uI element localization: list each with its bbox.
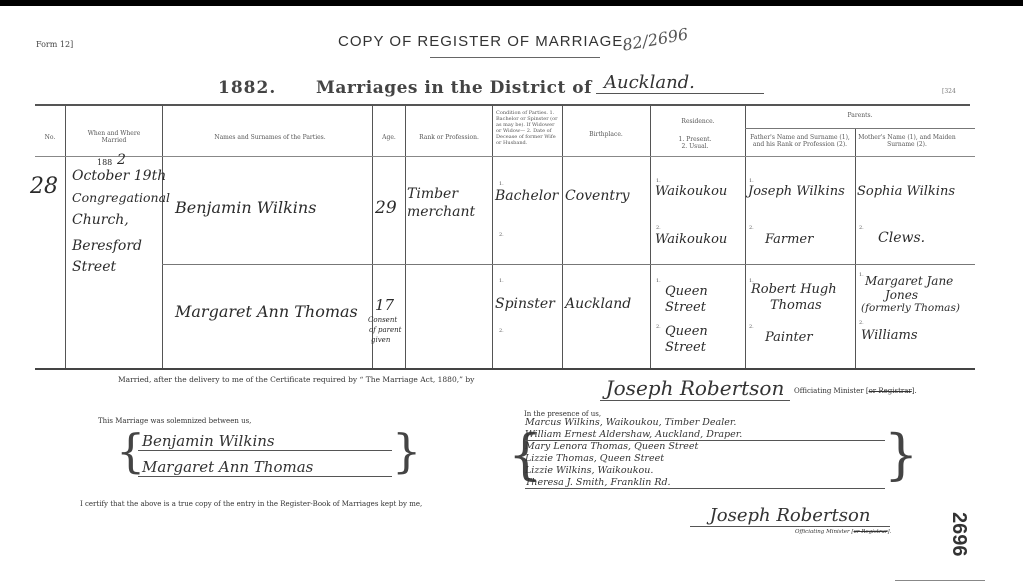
field-marker: 1.: [499, 181, 504, 187]
groom-condition: Bachelor: [495, 188, 558, 204]
district-label: Marriages in the District of: [316, 78, 592, 98]
witness-line: William Ernest Aldershaw, Auckland, Drap…: [525, 430, 885, 441]
groom-birthplace: Coventry: [565, 188, 630, 204]
groom-rank-line: merchant: [407, 204, 475, 220]
col-divider: [492, 106, 493, 370]
header-mother: Mother's Name (1), and Maiden Surname (2…: [857, 134, 957, 148]
marriage-date: October 19th: [72, 168, 166, 184]
parents-subheader-rule: [745, 128, 975, 129]
col-divider: [162, 106, 163, 370]
header-father: Father's Name and Surname (1), and his R…: [747, 134, 853, 148]
stamp-number: 2696: [947, 512, 970, 557]
header-parents: Parents.: [745, 112, 975, 119]
groom-mother-name: Sophia Wilkins: [857, 184, 955, 199]
certifier-title-struck: or Registrar: [854, 529, 888, 535]
field-marker: 2.: [656, 324, 661, 330]
officiant-title-text: Officiating Minister [: [794, 387, 869, 395]
entry-year-prefix: 188: [97, 158, 112, 167]
header-rank: Rank or Profession.: [407, 134, 491, 141]
header-residence: Residence.: [653, 118, 743, 125]
groom-father-name: Joseph Wilkins: [748, 184, 845, 199]
groom-signature: Benjamin Wilkins: [138, 432, 392, 451]
right-brace-icon: }: [392, 428, 421, 474]
title-underline: [430, 57, 600, 58]
certifier-title-end: ].: [888, 529, 892, 535]
witness-line: Lizzie Thomas, Queen Street: [525, 454, 885, 464]
col-divider: [562, 106, 563, 370]
bride-mother-name-line: Margaret Jane: [865, 274, 953, 288]
field-marker: 2.: [859, 320, 864, 326]
bride-signature: Margaret Ann Thomas: [138, 458, 392, 477]
bride-residence-usual-line: Queen: [665, 324, 708, 339]
entry-year-suffix: 2: [117, 152, 126, 168]
field-marker: 1.: [499, 278, 504, 284]
entry-number: 28: [30, 174, 58, 199]
marriage-place-line: Congregational: [72, 190, 170, 205]
groom-residence-present: Waikoukou: [655, 184, 727, 199]
bride-age-note-line: given: [371, 336, 390, 344]
row-divider: [162, 264, 975, 265]
bride-father-name-line: Robert Hugh: [751, 282, 837, 297]
col-divider: [855, 128, 856, 370]
bride-age: 17: [375, 296, 394, 314]
field-marker: 2.: [499, 232, 504, 238]
marriage-place-line: Church,: [72, 212, 129, 228]
header-names: Names and Surnames of the Parties.: [175, 134, 365, 141]
field-marker: 2.: [499, 328, 504, 334]
top-black-bar: [0, 0, 1023, 6]
field-marker: 1.: [859, 272, 864, 278]
field-marker: 2.: [859, 225, 864, 231]
reference-code: [324: [942, 88, 956, 95]
groom-residence-usual: Waikoukou: [655, 232, 727, 247]
district-value: Auckland.: [596, 72, 764, 94]
bottom-rule: [895, 580, 985, 581]
groom-rank-line: Timber: [407, 186, 458, 202]
bride-name: Margaret Ann Thomas: [175, 302, 358, 321]
bride-age-note-line: of parent: [369, 326, 402, 334]
register-table: No. When and Where Married Names and Sur…: [35, 106, 975, 370]
certifier-title-text: Officiating Minister [: [795, 529, 854, 535]
register-year: 1882.: [218, 78, 276, 98]
groom-name: Benjamin Wilkins: [175, 198, 316, 217]
officiant-title-struck: or Registrar: [869, 387, 912, 395]
table-bottom-rule: [35, 368, 975, 370]
officiant-signature: Joseph Robertson: [600, 376, 790, 401]
bride-residence-present-line: Street: [665, 300, 706, 315]
officiant-title: Officiating Minister [or Registrar].: [794, 387, 917, 395]
header-age: Age.: [375, 134, 403, 141]
page-title: COPY OF REGISTER OF MARRIAGE.: [338, 33, 628, 50]
header-condition: Condition of Parties. 1. Bachelor or Spi…: [496, 110, 558, 146]
bride-mother-name-line: (formerly Thomas): [861, 302, 960, 314]
bride-age-note-line: Consent: [368, 316, 397, 324]
bride-condition: Spinster: [495, 296, 555, 312]
bride-father-profession: Painter: [765, 330, 813, 345]
married-by-statement: Married, after the delivery to me of the…: [118, 375, 474, 384]
field-marker: 2.: [749, 324, 754, 330]
col-divider: [745, 106, 746, 370]
bride-residence-present-line: Queen: [665, 284, 708, 299]
col-divider: [650, 106, 651, 370]
form-number: Form 12]: [36, 40, 73, 49]
witness-line: Marcus Wilkins, Waikoukou, Timber Dealer…: [525, 418, 885, 428]
col-divider: [405, 106, 406, 370]
witness-line: Theresa J. Smith, Franklin Rd.: [525, 478, 885, 489]
certify-statement: I certify that the above is a true copy …: [80, 500, 422, 508]
header-birthplace: Birthplace.: [565, 131, 647, 138]
officiant-title-end: ].: [912, 387, 917, 395]
groom-father-profession: Farmer: [765, 232, 813, 247]
registration-reference: 82/2696: [621, 24, 690, 54]
certifier-title: Officiating Minister [or Registrar].: [795, 529, 891, 535]
field-marker: 2.: [656, 225, 661, 231]
groom-age: 29: [375, 198, 397, 218]
certifier-signature: Joseph Robertson: [690, 505, 890, 527]
groom-mother-maiden: Clews.: [878, 230, 925, 246]
bride-father-name-line: Thomas: [770, 298, 822, 313]
stamp-number-container: 2696: [946, 512, 970, 572]
marriage-place-line: Street: [72, 259, 116, 275]
header-residence-sub: 1. Present. 2. Usual.: [675, 136, 715, 150]
header-when-where: When and Where Married: [75, 130, 153, 144]
witness-right-brace-icon: }: [884, 428, 918, 482]
col-divider: [65, 106, 66, 370]
header-bottom-rule: [35, 156, 975, 157]
marriage-place-line: Beresford: [72, 238, 142, 254]
header-no: No.: [37, 134, 63, 141]
witness-line: Mary Lenora Thomas, Queen Street: [525, 442, 885, 452]
field-marker: 1.: [656, 278, 661, 284]
bride-mother-name-line: Jones: [885, 288, 918, 302]
bride-residence-usual-line: Street: [665, 340, 706, 355]
bride-birthplace: Auckland: [565, 296, 631, 312]
field-marker: 2.: [749, 225, 754, 231]
bride-mother-maiden: Williams: [861, 328, 918, 343]
witness-line: Lizzie Wilkins, Waikoukou.: [525, 466, 885, 476]
